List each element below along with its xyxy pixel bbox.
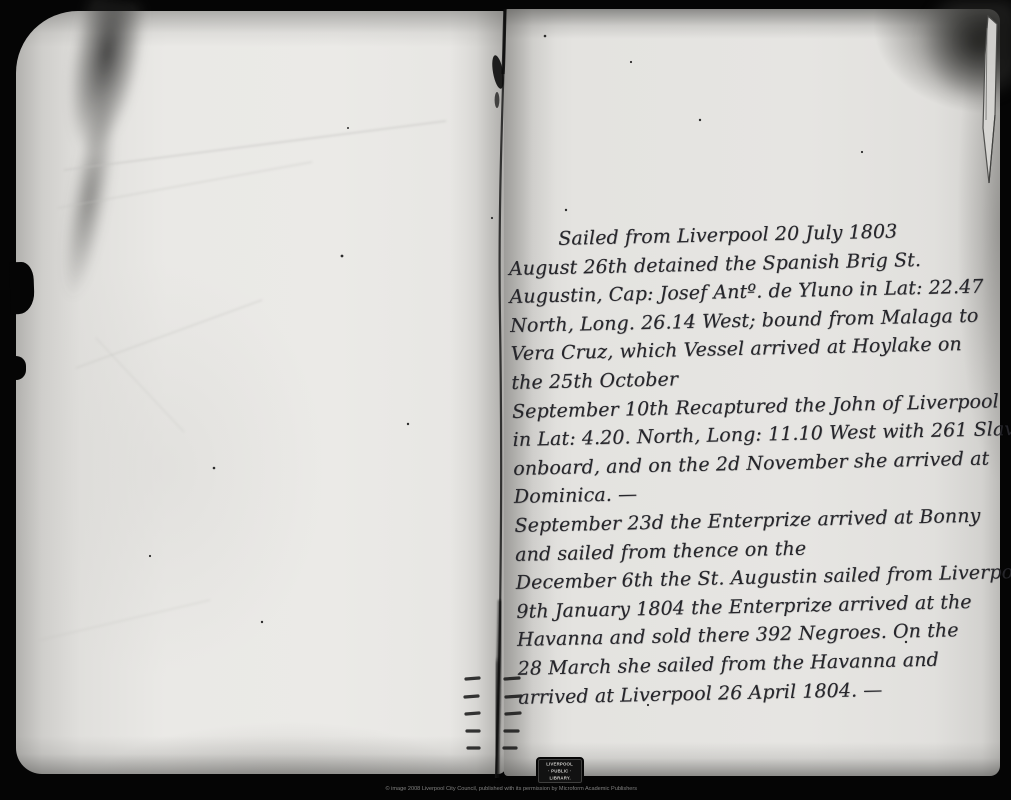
library-stamp: LIVERPOOL · PUBLIC · LIBRARY. [536,757,584,785]
copyright-line: © image 2008 Liverpool City Council, pub… [198,785,825,791]
stamp-line-3: LIBRARY. [549,776,570,780]
stamp-line-1: LIVERPOOL [547,762,574,766]
gutter-shadow-left [450,11,506,774]
manuscript-scan: Sailed from Liverpool 20 July 1803August… [0,0,1011,800]
stamp-line-2: · PUBLIC · [548,769,571,773]
left-blank-page [16,11,506,774]
manuscript-text-block: Sailed from Liverpool 20 July 1803August… [508,215,1008,712]
